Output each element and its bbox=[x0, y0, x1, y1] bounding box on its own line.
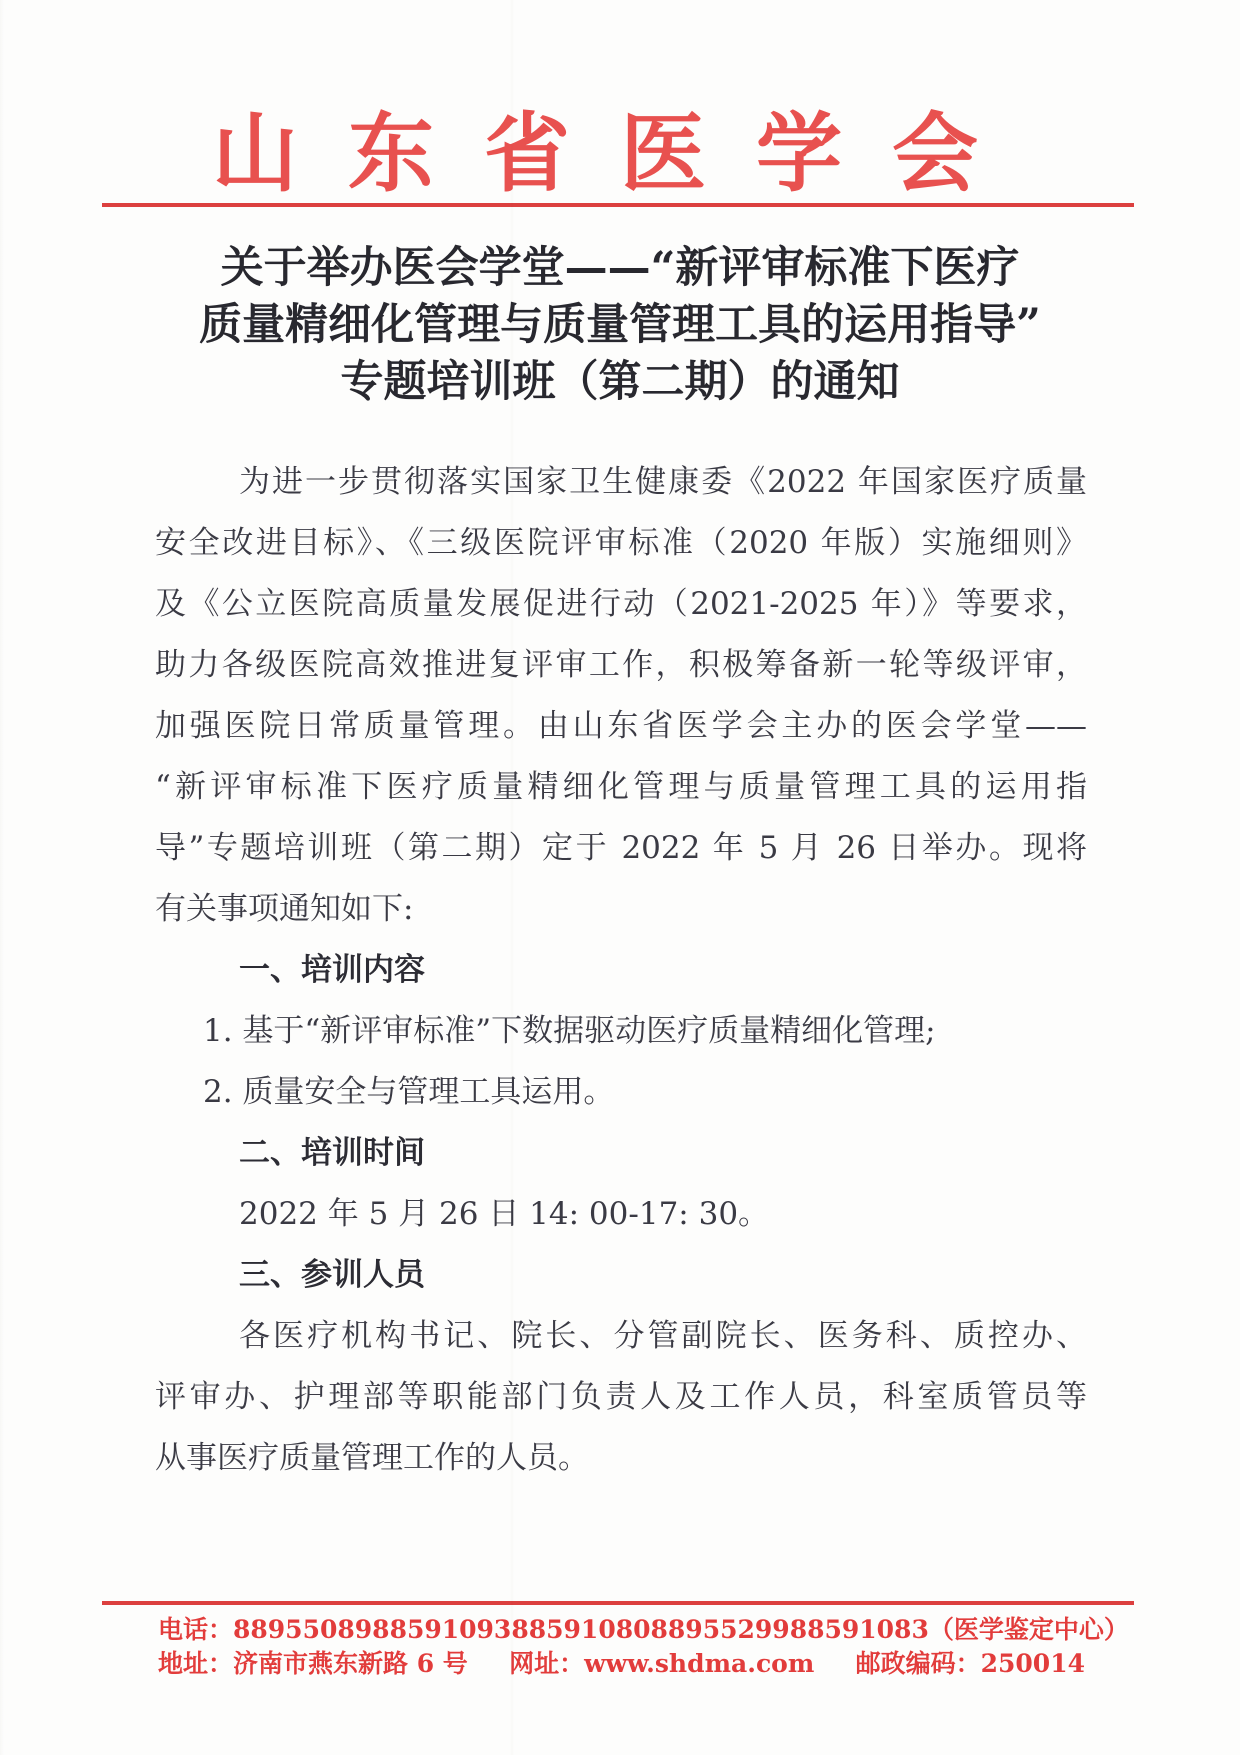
body-line: 助力各级医院高效推进复评审工作，积极筹备新一轮等级评审， bbox=[155, 635, 1087, 696]
body-line: “新评审标准下医疗质量精细化管理与质量管理工具的运用指 bbox=[155, 757, 1087, 818]
list-item: 2. 质量安全与管理工具运用。 bbox=[155, 1062, 1087, 1123]
body-line: 评审办、护理部等职能部门负责人及工作人员，科室质管员等 bbox=[155, 1367, 1087, 1428]
section-heading-training-time: 二、培训时间 bbox=[155, 1123, 1087, 1184]
footer-contact-block: 电话：88955089 88591093 88591080 88955299 8… bbox=[158, 1613, 1085, 1681]
section-heading-training-content: 一、培训内容 bbox=[155, 940, 1087, 1001]
body-line: 加强医院日常质量管理。由山东省医学会主办的医会学堂—— bbox=[155, 696, 1087, 757]
postal-code: 邮政编码：250014 bbox=[856, 1647, 1085, 1681]
doc-title: 关于举办医会学堂——“新评审标准下医疗 质量精细化管理与质量管理工具的运用指导”… bbox=[70, 240, 1170, 411]
body-line: 各医疗机构书记、院长、分管副院长、医务科、质控办、 bbox=[155, 1306, 1087, 1367]
phone-label-and-number: 电话：88955089 bbox=[158, 1613, 372, 1647]
doc-title-line-2: 质量精细化管理与质量管理工具的运用指导” bbox=[70, 297, 1170, 354]
training-time-value: 2022 年 5 月 26 日 14: 00-17: 30。 bbox=[155, 1184, 1087, 1245]
body-line: 有关事项通知如下: bbox=[155, 879, 1087, 940]
phone-number: 88955299 bbox=[651, 1613, 790, 1647]
body-line: 导”专题培训班（第二期）定于 2022 年 5 月 26 日举办。现将 bbox=[155, 818, 1087, 879]
doc-title-line-1: 关于举办医会学堂——“新评审标准下医疗 bbox=[70, 240, 1170, 297]
scanned-notice-page: 山东省医学会 关于举办医会学堂——“新评审标准下医疗 质量精细化管理与质量管理工… bbox=[0, 0, 1240, 1755]
org-name: 山东省医学会 bbox=[0, 84, 1240, 208]
address: 地址：济南市燕东新路 6 号 bbox=[158, 1647, 468, 1681]
header-rule bbox=[102, 203, 1134, 207]
notice-body: 为进一步贯彻落实国家卫生健康委《2022 年国家医疗质量 安全改进目标》、《三级… bbox=[155, 452, 1087, 1489]
body-line: 安全改进目标》、《三级医院评审标准（2020 年版）实施细则》 bbox=[155, 513, 1087, 574]
body-line: 从事医疗质量管理工作的人员。 bbox=[155, 1428, 1087, 1489]
section-heading-participants: 三、参训人员 bbox=[155, 1245, 1087, 1306]
footer-phone-row: 电话：88955089 88591093 88591080 88955299 8… bbox=[158, 1613, 1085, 1647]
doc-title-line-3: 专题培训班（第二期）的通知 bbox=[70, 354, 1170, 411]
phone-number: 88591093 bbox=[372, 1613, 511, 1647]
website-url: 网址：www.shdma.com bbox=[509, 1647, 814, 1681]
list-item: 1. 基于“新评审标准”下数据驱动医疗质量精细化管理; bbox=[155, 1001, 1087, 1062]
phone-number-appraisal-center: 88591083（医学鉴定中心） bbox=[790, 1613, 1129, 1647]
phone-number: 88591080 bbox=[511, 1613, 650, 1647]
footer-address-row: 地址：济南市燕东新路 6 号 网址：www.shdma.com 邮政编码：250… bbox=[158, 1647, 1085, 1681]
body-line: 为进一步贯彻落实国家卫生健康委《2022 年国家医疗质量 bbox=[155, 452, 1087, 513]
footer-rule bbox=[102, 1601, 1134, 1605]
body-line: 及《公立医院高质量发展促进行动（2021-2025 年）》等要求， bbox=[155, 574, 1087, 635]
